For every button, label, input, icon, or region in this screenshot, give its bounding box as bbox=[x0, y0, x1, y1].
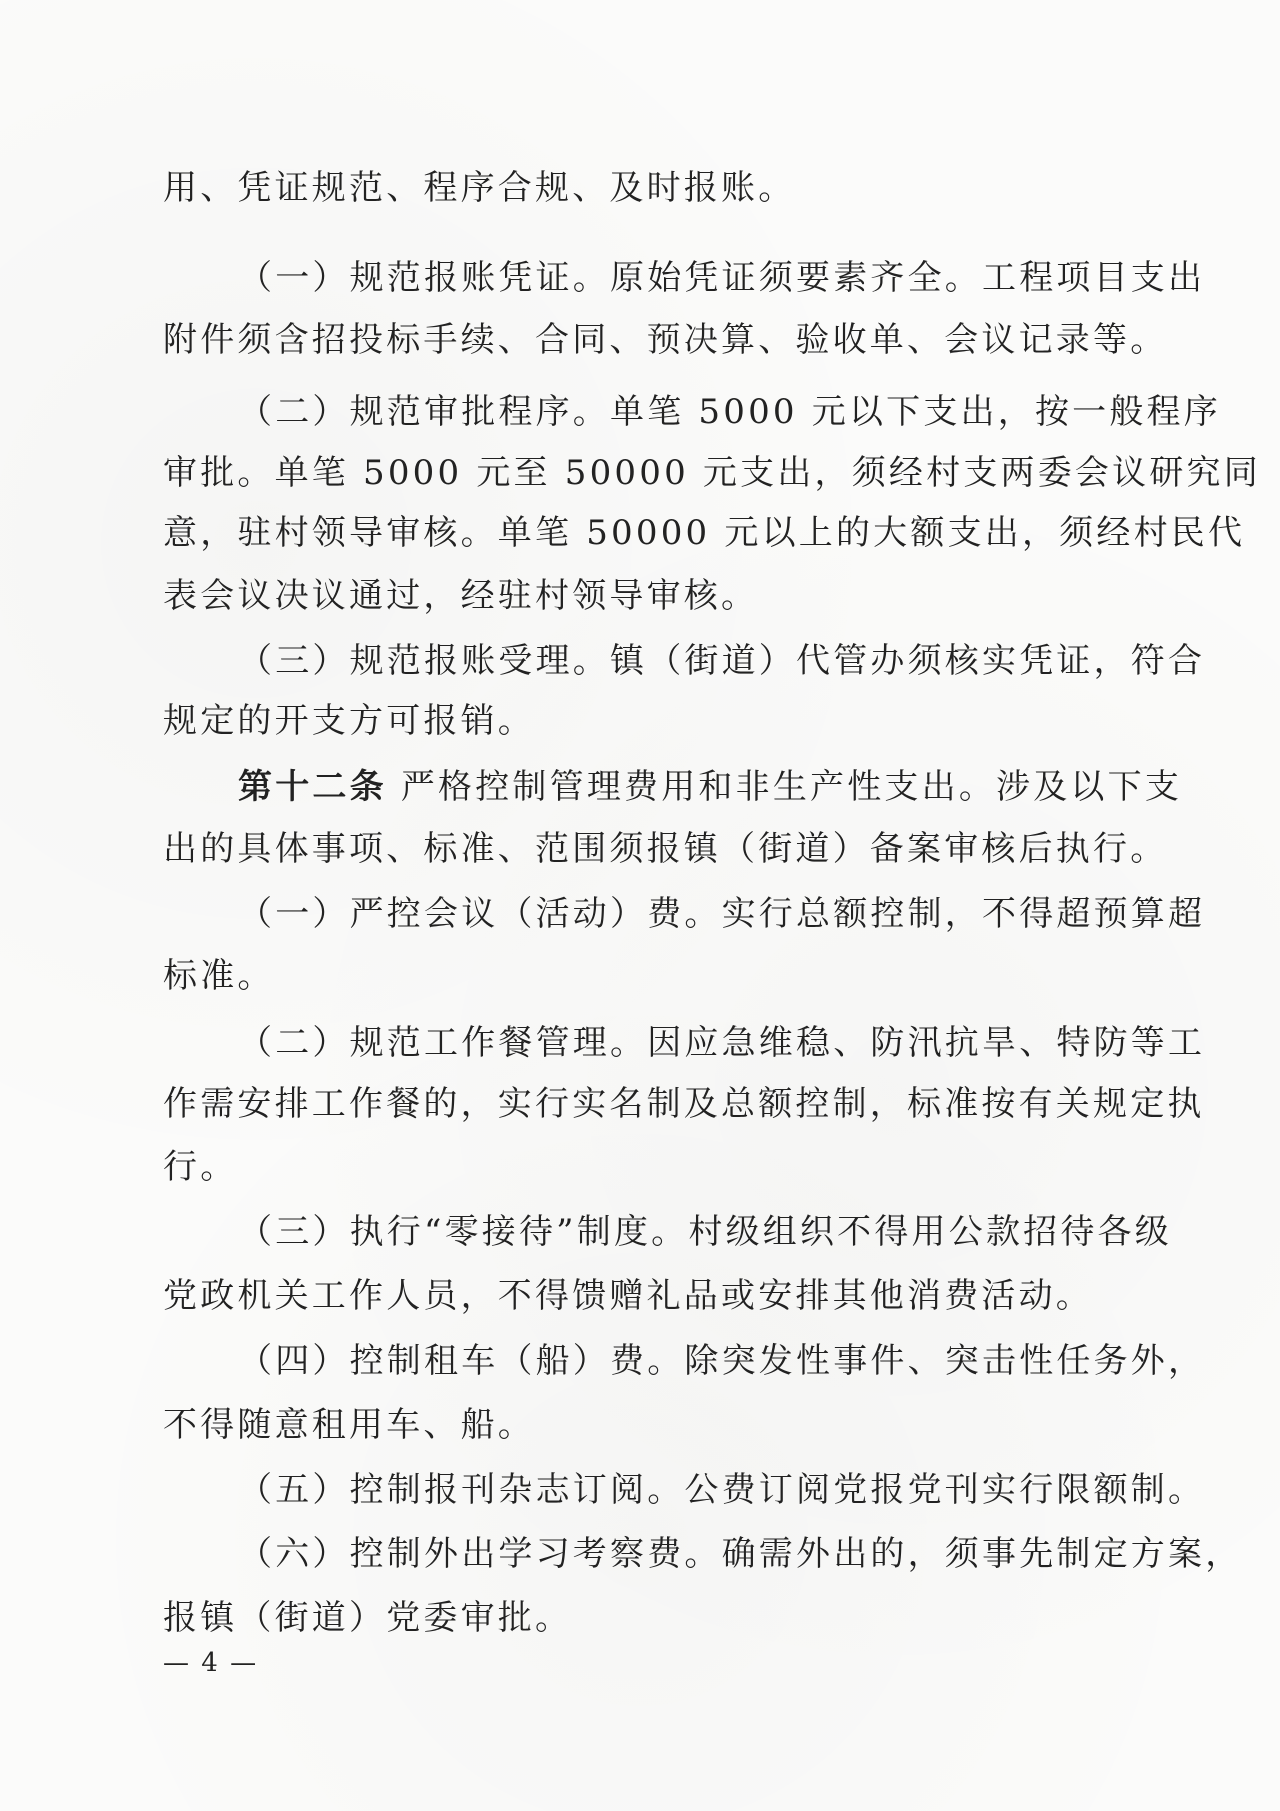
text-line: 党政机关工作人员，不得馈赠礼品或安排其他消费活动。 bbox=[163, 1276, 1093, 1316]
text-line: 不得随意租用车、船。 bbox=[163, 1405, 535, 1445]
text-line: 报镇（街道）党委审批。 bbox=[163, 1598, 572, 1638]
text-line: 作需安排工作餐的，实行实名制及总额控制，标准按有关规定执 bbox=[163, 1084, 1205, 1124]
text-line: （一）严控会议（活动）费。实行总额控制，不得超预算超 bbox=[238, 894, 1205, 934]
text-line: （三）执行“零接待”制度。村级组织不得用公款招待各级 bbox=[238, 1212, 1172, 1252]
page-number: — 4 — bbox=[163, 1648, 258, 1678]
text-line: （三）规范报账受理。镇（街道）代管办须核实凭证，符合 bbox=[238, 641, 1205, 681]
text-line: 行。 bbox=[163, 1147, 237, 1187]
text-line: 意，驻村领导审核。单笔 50000 元以上的大额支出，须经村民代 bbox=[163, 513, 1245, 553]
text-line: 标准。 bbox=[163, 956, 275, 996]
text-line: 用、凭证规范、程序合规、及时报账。 bbox=[163, 168, 795, 208]
article-number: 第十二条 bbox=[238, 767, 387, 807]
text-line: （一）规范报账凭证。原始凭证须要素齐全。工程项目支出 bbox=[238, 258, 1205, 298]
text-line: 审批。单笔 5000 元至 50000 元支出，须经村支两委会议研究同 bbox=[163, 453, 1261, 493]
text-line: （六）控制外出学习考察费。确需外出的，须事先制定方案， bbox=[238, 1534, 1242, 1574]
text-line: 表会议决议通过，经驻村领导审核。 bbox=[163, 576, 758, 616]
text-line: （二）规范工作餐管理。因应急维稳、防汛抗旱、特防等工 bbox=[238, 1023, 1205, 1063]
text-line: 规定的开支方可报销。 bbox=[163, 701, 535, 741]
article-text: 严格控制管理费用和非生产性支出。涉及以下支 bbox=[387, 767, 1182, 807]
text-line: （五）控制报刊杂志订阅。公费订阅党报党刊实行限额制。 bbox=[238, 1470, 1205, 1510]
text-line: （四）控制租车（船）费。除突发性事件、突击性任务外， bbox=[238, 1341, 1205, 1381]
document-page: 用、凭证规范、程序合规、及时报账。 （一）规范报账凭证。原始凭证须要素齐全。工程… bbox=[0, 0, 1280, 1811]
text-line: 出的具体事项、标准、范围须报镇（街道）备案审核后执行。 bbox=[163, 829, 1167, 869]
article-heading-line: 第十二条 严格控制管理费用和非生产性支出。涉及以下支 bbox=[238, 767, 1182, 807]
text-line: （二）规范审批程序。单笔 5000 元以下支出，按一般程序 bbox=[238, 392, 1221, 432]
text-line: 附件须含招投标手续、合同、预决算、验收单、会议记录等。 bbox=[163, 320, 1167, 360]
